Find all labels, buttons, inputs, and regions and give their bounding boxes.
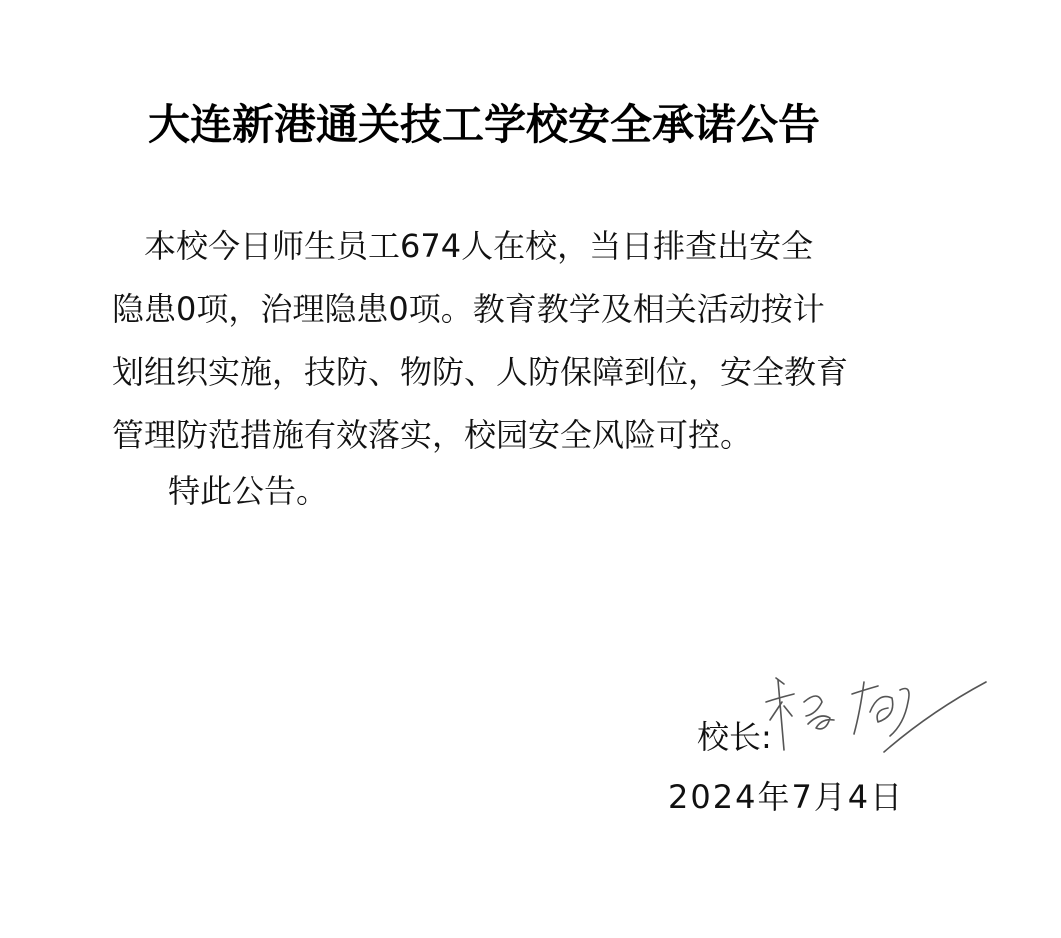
paragraph-line: 隐患0项，治理隐患0项。教育教学及相关活动按计 xyxy=(112,278,922,341)
page-title: 大连新港通关技工学校安全承诺公告 xyxy=(148,92,820,152)
paragraph-line: 划组织实施，技防、物防、人防保障到位，安全教育 xyxy=(112,341,922,404)
paragraph-line: 管理防范措施有效落实，校园安全风险可控。 xyxy=(112,404,922,467)
body-paragraph-1: 本校今日师生员工674人在校，当日排查出安全 隐患0项，治理隐患0项。教育教学及… xyxy=(112,215,922,467)
body-paragraph-2: 特此公告。 xyxy=(168,460,978,523)
paragraph-line: 本校今日师生员工674人在校，当日排查出安全 xyxy=(112,215,922,278)
announcement-date: 2024年7月4日 xyxy=(668,772,904,818)
signature-icon xyxy=(760,672,990,762)
